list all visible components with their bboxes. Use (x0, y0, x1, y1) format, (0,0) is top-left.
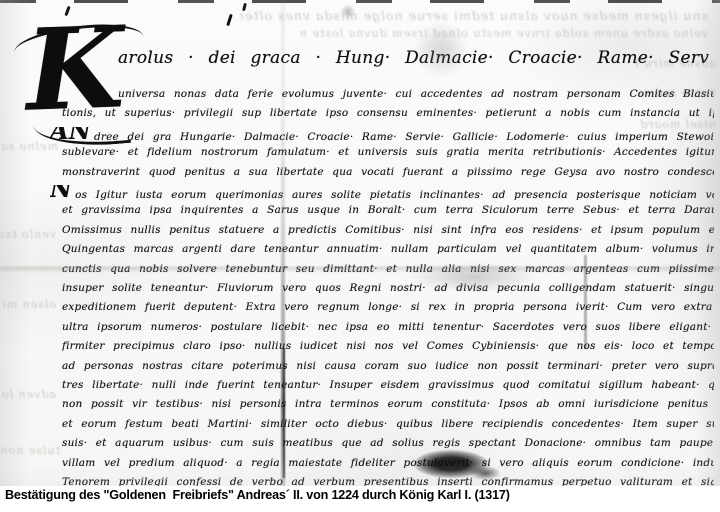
manuscript-line: et eorum festum beati Martini· similiter… (62, 418, 714, 436)
line-initial: N (50, 185, 72, 194)
manuscript-line-text: Omissimus nullis penitus statuere a pred… (62, 224, 714, 236)
manuscript-line-text: ultra ipsorum numeros· postulare licebit… (62, 321, 714, 333)
manuscript-scan: snu ilgesn medse nuov alsnu tedmi serue … (0, 0, 720, 486)
manuscript-line-text: firmiter precipimus claro ipso· nullius … (62, 340, 714, 352)
manuscript-line: et gravissima ipsa inquirentes a Sarus u… (62, 204, 714, 222)
manuscript-line: non possit vir testibus· nisi personis i… (62, 398, 714, 416)
manuscript-line: Quingentas marcas argenti dare teneantur… (62, 243, 714, 261)
manuscript-line: firmiter precipimus claro ipso· nullius … (62, 340, 714, 358)
manuscript-line-text: os Igitur iusta eorum querimonias aures … (75, 189, 714, 201)
manuscript-line-text: insuper solite teneantur· Fluviorum vero… (62, 282, 714, 294)
manuscript-line-text: universa nonas data ferie evolumus juven… (118, 88, 714, 100)
manuscript-line: Omissimus nullis penitus statuere a pred… (62, 224, 714, 242)
line-initial: AN (50, 127, 91, 136)
manuscript-line-text: et gravissima ipsa inquirentes a Sarus u… (62, 204, 714, 216)
manuscript-line-text: non possit vir testibus· nisi personis i… (62, 398, 714, 410)
manuscript-line: Nos Igitur iusta eorum querimonias aures… (50, 185, 714, 203)
manuscript-body: universa nonas data ferie evolumus juven… (0, 0, 720, 486)
manuscript-line-text: sublevare· et fidelium nostrorum famulat… (62, 146, 714, 158)
manuscript-line-text: expeditionem fuerit deputent· Extra vero… (62, 301, 714, 313)
manuscript-line: tionis, ut superius· privilegii sup libe… (62, 107, 714, 125)
manuscript-line: universa nonas data ferie evolumus juven… (118, 88, 714, 106)
manuscript-line-text: monstraverint quod penitus a sua liberta… (62, 166, 714, 178)
manuscript-line: villam vel predium aliquod· a regia maie… (62, 457, 714, 475)
manuscript-line: insuper solite teneantur· Fluviorum vero… (62, 282, 714, 300)
manuscript-line-text: et eorum festum beati Martini· similiter… (62, 418, 714, 430)
manuscript-line: ad personas nostras citare poterimus nis… (62, 360, 714, 378)
manuscript-line-text: tres libertate· nulli inde fuerint tenea… (62, 379, 714, 391)
manuscript-line-text: dree dei gra Hungarie· Dalmacie· Croacie… (94, 131, 714, 143)
manuscript-line-text: villam vel predium aliquod· a regia maie… (62, 457, 714, 469)
manuscript-line: ultra ipsorum numeros· postulare licebit… (62, 321, 714, 339)
manuscript-line: Tenorem privilegii confessi de verbo ad … (62, 476, 714, 486)
manuscript-line-text: Tenorem privilegii confessi de verbo ad … (62, 476, 714, 486)
manuscript-line: ANdree dei gra Hungarie· Dalmacie· Croac… (50, 127, 714, 145)
manuscript-line: cunctis qua nobis solvere tenebuntur seu… (62, 263, 714, 281)
manuscript-line-text: Quingentas marcas argenti dare teneantur… (62, 243, 714, 255)
manuscript-line: tres libertate· nulli inde fuerint tenea… (62, 379, 714, 397)
manuscript-line: sublevare· et fidelium nostrorum famulat… (62, 146, 714, 164)
manuscript-line: expeditionem fuerit deputent· Extra vero… (62, 301, 714, 319)
manuscript-line-text: suis· et aquarum usibus· cum suis meatib… (62, 437, 714, 449)
manuscript-line: suis· et aquarum usibus· cum suis meatib… (62, 437, 714, 455)
manuscript-line-text: ad personas nostras citare poterimus nis… (62, 360, 714, 372)
manuscript-line-text: tionis, ut superius· privilegii sup libe… (62, 107, 714, 119)
manuscript-line: monstraverint quod penitus a sua liberta… (62, 166, 714, 184)
manuscript-line-text: cunctis qua nobis solvere tenebuntur seu… (62, 263, 714, 275)
caption: Bestätigung des "Goldenen Freibriefs" An… (5, 487, 696, 502)
